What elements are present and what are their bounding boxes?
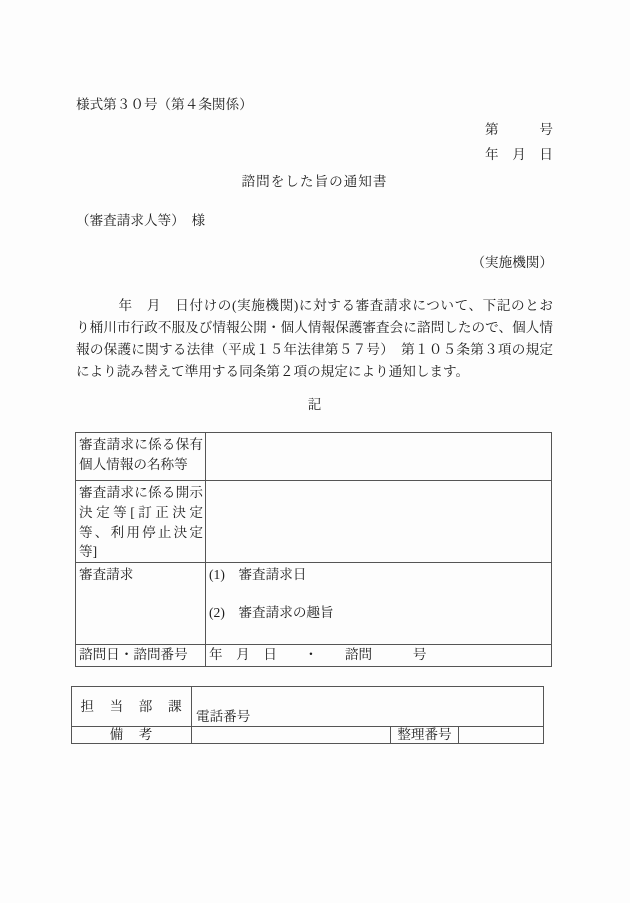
row-value-disclosure-decision xyxy=(206,480,552,562)
body-line: 報の保護に関する法律（平成１５年法律第５７号） 第１０５条第３項の規定 xyxy=(76,339,553,361)
addressee-line: （審査請求人等） 様 xyxy=(76,214,553,228)
table-row-personal-info: 審査請求に係る保有 個人情報の名称等 xyxy=(76,432,552,480)
body-line: により読み替えて準用する同条第２項の規定により通知します。 xyxy=(76,361,553,383)
remarks-value-cell xyxy=(192,727,391,744)
row-value-appeal: (1) 審査請求日 (2) 審査請求の趣旨 xyxy=(206,563,552,645)
table-row-disclosure-decision: 審査請求に係る開示 決定等[訂正決定 等、利用停止決定 等] xyxy=(76,480,552,562)
row-label-appeal: 審査請求 xyxy=(76,563,206,645)
label-line: 決定等[訂正決定 xyxy=(79,503,203,523)
body-paragraph: 年 月 日付けの(実施機関)に対する審査請求について、下記のとお り桶川市行政不… xyxy=(76,295,553,383)
label-line: 審査請求に係る保有 xyxy=(79,435,203,456)
doc-number-line: 第 号 xyxy=(76,117,553,142)
footer-row-department: 担 当 部 課 電話番号 xyxy=(72,687,544,727)
label-line: 個人情報の名称等 xyxy=(79,455,203,476)
appeal-item-purpose: (2) 審査請求の趣旨 xyxy=(209,603,549,622)
admin-footer-table: 担 当 部 課 電話番号 備 考 整理番号 xyxy=(71,686,544,744)
body-line: り桶川市行政不服及び情報公開・個人情報保護審査会に諮問したので、個人情 xyxy=(76,317,553,339)
department-label-cell: 担 当 部 課 xyxy=(72,687,192,727)
reference-number-label-cell: 整理番号 xyxy=(391,727,459,744)
body-line: 年 月 日付けの(実施機関)に対する審査請求について、下記のとお xyxy=(76,295,553,317)
label-line: 等、利用停止決定 xyxy=(79,523,203,543)
row-value-personal-info xyxy=(206,432,552,480)
label-line: 等] xyxy=(79,542,203,562)
row-label-consultation-date: 諮問日・諮問番号 xyxy=(76,645,206,667)
row-value-consultation-date: 年 月 日 ・ 諮問 号 xyxy=(206,645,552,667)
consultation-table: 審査請求に係る保有 個人情報の名称等 審査請求に係る開示 決定等[訂正決定 等、… xyxy=(75,432,552,667)
document-page: 様式第３０号（第４条関係） 第 号 年 月 日 諮問をした旨の通知書 （審査請求… xyxy=(0,0,630,903)
phone-number-cell: 電話番号 xyxy=(192,687,544,727)
page-title: 諮問をした旨の通知書 xyxy=(76,175,553,189)
record-marker: 記 xyxy=(76,398,553,412)
doc-number-block: 第 号 年 月 日 xyxy=(76,117,553,167)
date-line: 年 月 日 xyxy=(76,142,553,167)
appeal-item-date: (1) 審査請求日 xyxy=(209,565,549,584)
row-label-personal-info: 審査請求に係る保有 個人情報の名称等 xyxy=(76,432,206,480)
reference-number-value-cell xyxy=(459,727,544,744)
label-line: 審査請求に係る開示 xyxy=(79,483,203,503)
footer-row-remarks: 備 考 整理番号 xyxy=(72,727,544,744)
table-row-appeal: 審査請求 (1) 審査請求日 (2) 審査請求の趣旨 xyxy=(76,563,552,645)
row-label-disclosure-decision: 審査請求に係る開示 決定等[訂正決定 等、利用停止決定 等] xyxy=(76,480,206,562)
issuer-line: （実施機関） xyxy=(76,256,553,270)
table-row-consultation-date: 諮問日・諮問番号 年 月 日 ・ 諮問 号 xyxy=(76,645,552,667)
remarks-label-cell: 備 考 xyxy=(72,727,192,744)
form-number: 様式第３０号（第４条関係） xyxy=(76,98,553,112)
